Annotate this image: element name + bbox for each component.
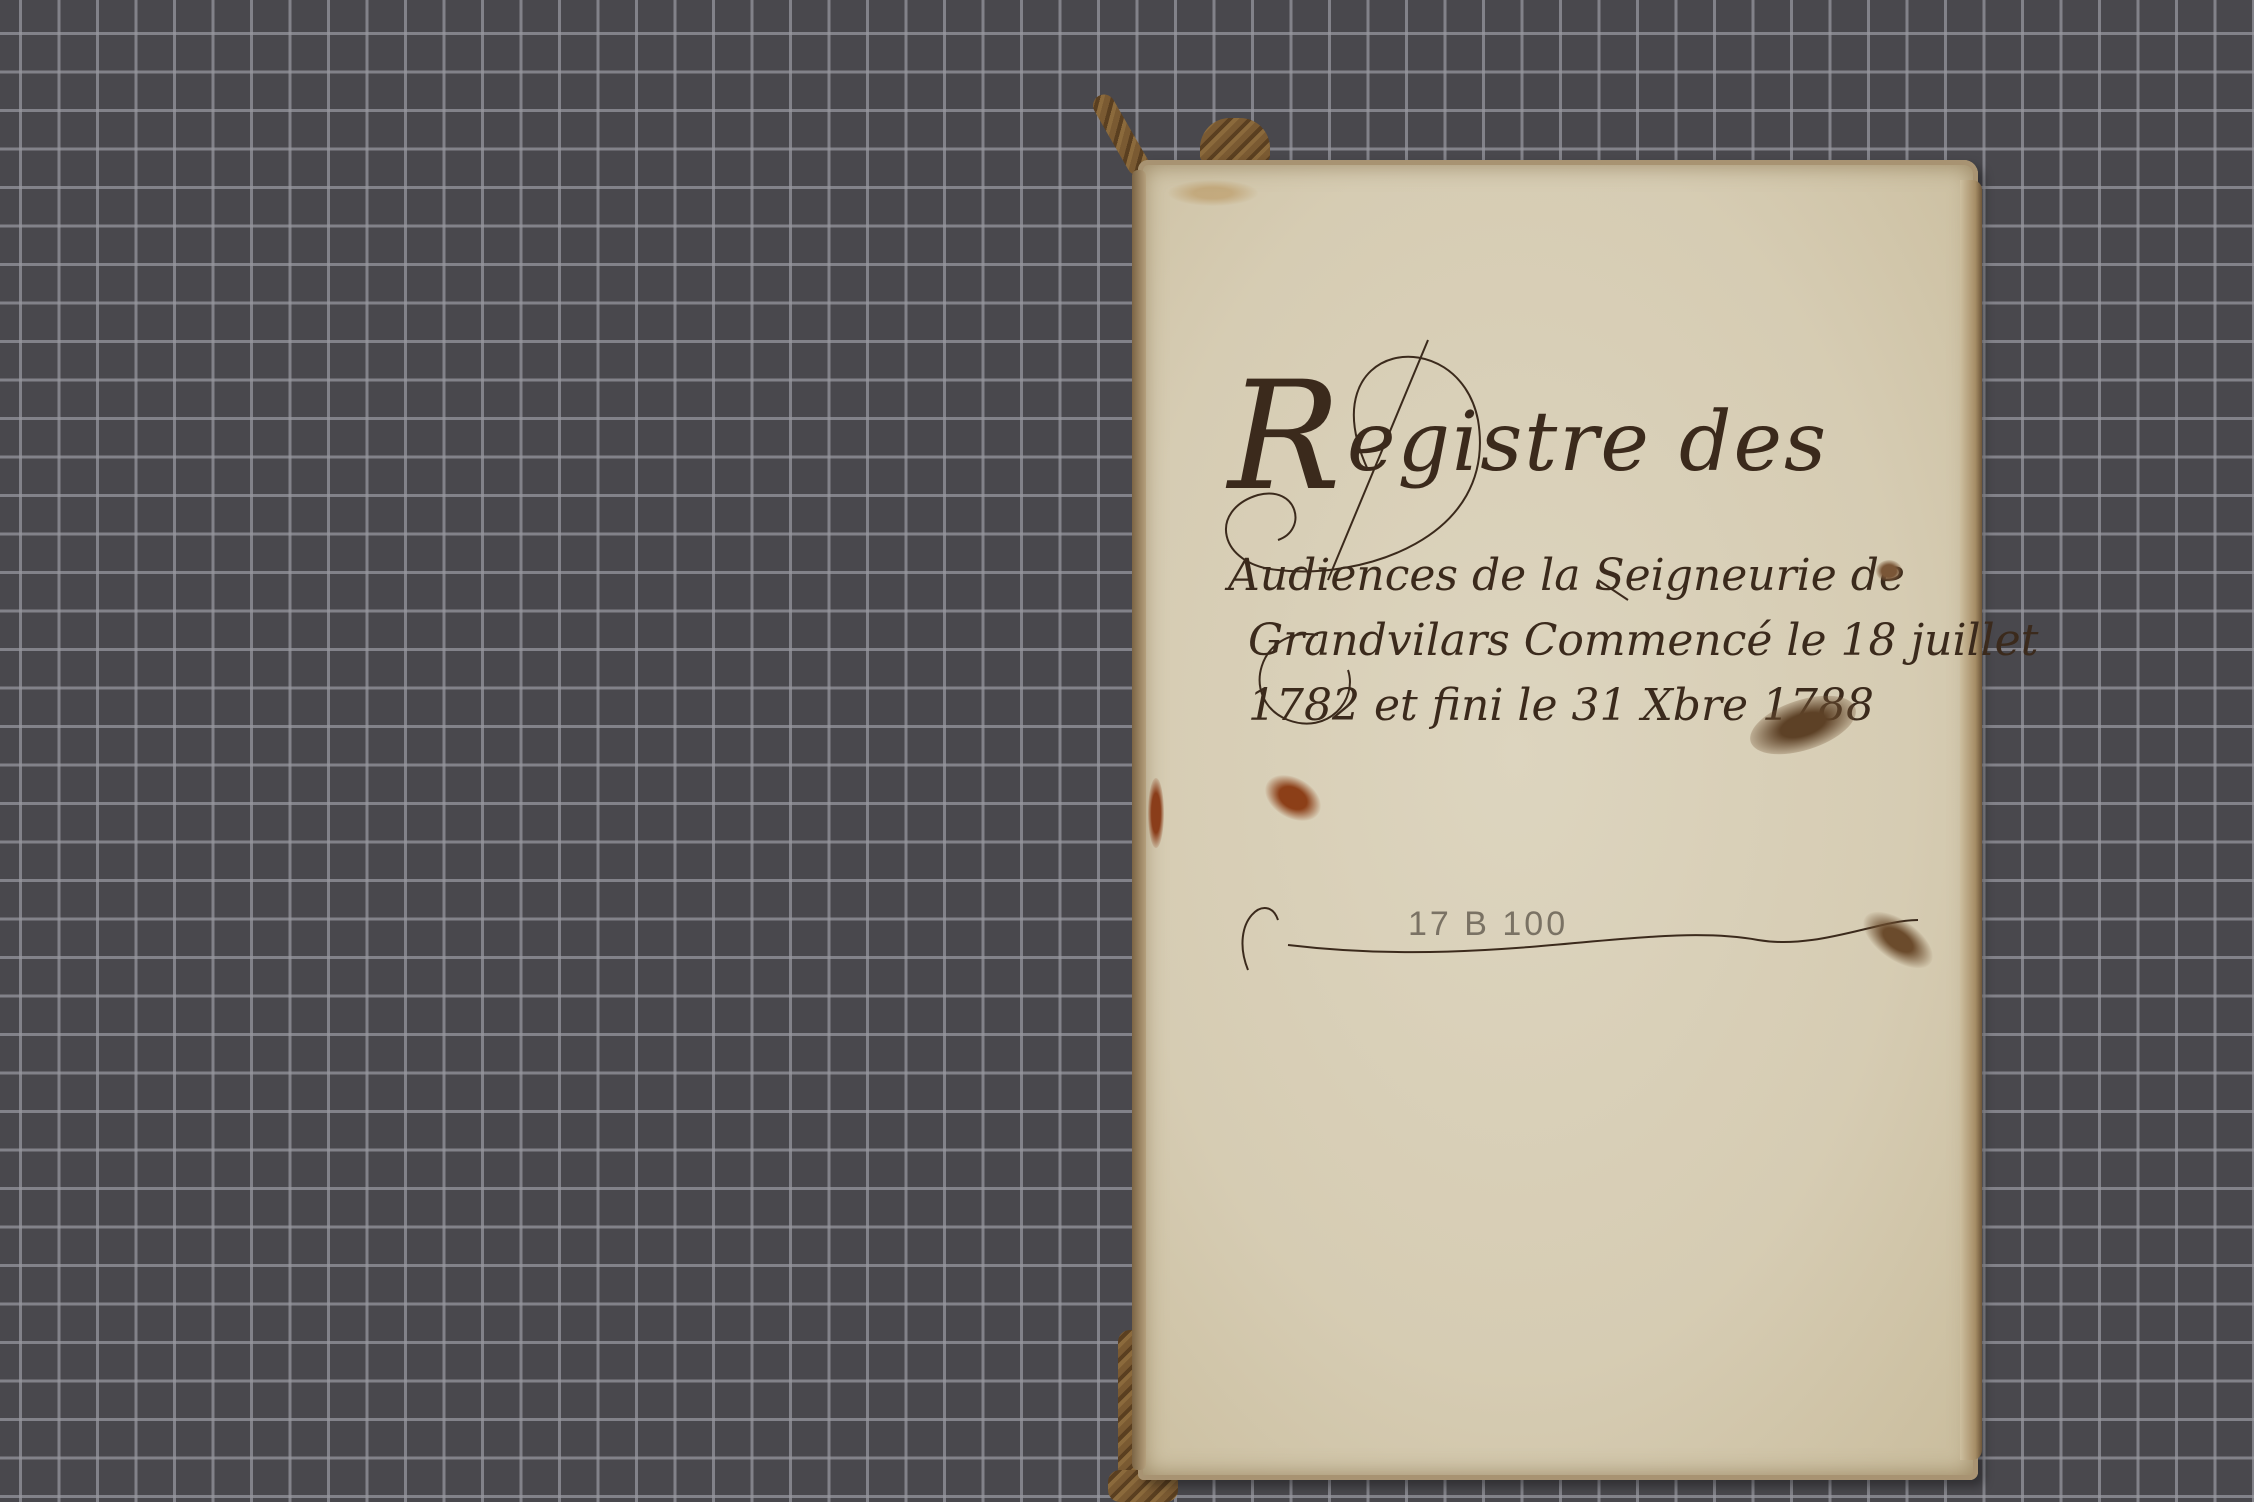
title-line-2: Grandvilars Commencé le 18 juillet <box>1248 615 2038 666</box>
document-title: Registre des <box>1228 350 1828 524</box>
title-line-1: Audiences de la Seigneurie de <box>1228 550 1905 601</box>
rust-stain-left <box>1148 778 1164 848</box>
title-rest: egistre des <box>1347 395 1828 490</box>
archive-call-number: 17 B 100 <box>1408 905 1568 944</box>
stain-top-left <box>1168 180 1258 206</box>
binding-cord-top-loop <box>1200 118 1270 162</box>
register-cover: Registre des Audiences de la Seigneurie … <box>1138 160 1978 1480</box>
spine-edge <box>1132 170 1146 1470</box>
page-edges <box>1960 180 1982 1460</box>
title-capital: R <box>1228 350 1343 524</box>
stain-upper-right-dot <box>1876 560 1902 582</box>
